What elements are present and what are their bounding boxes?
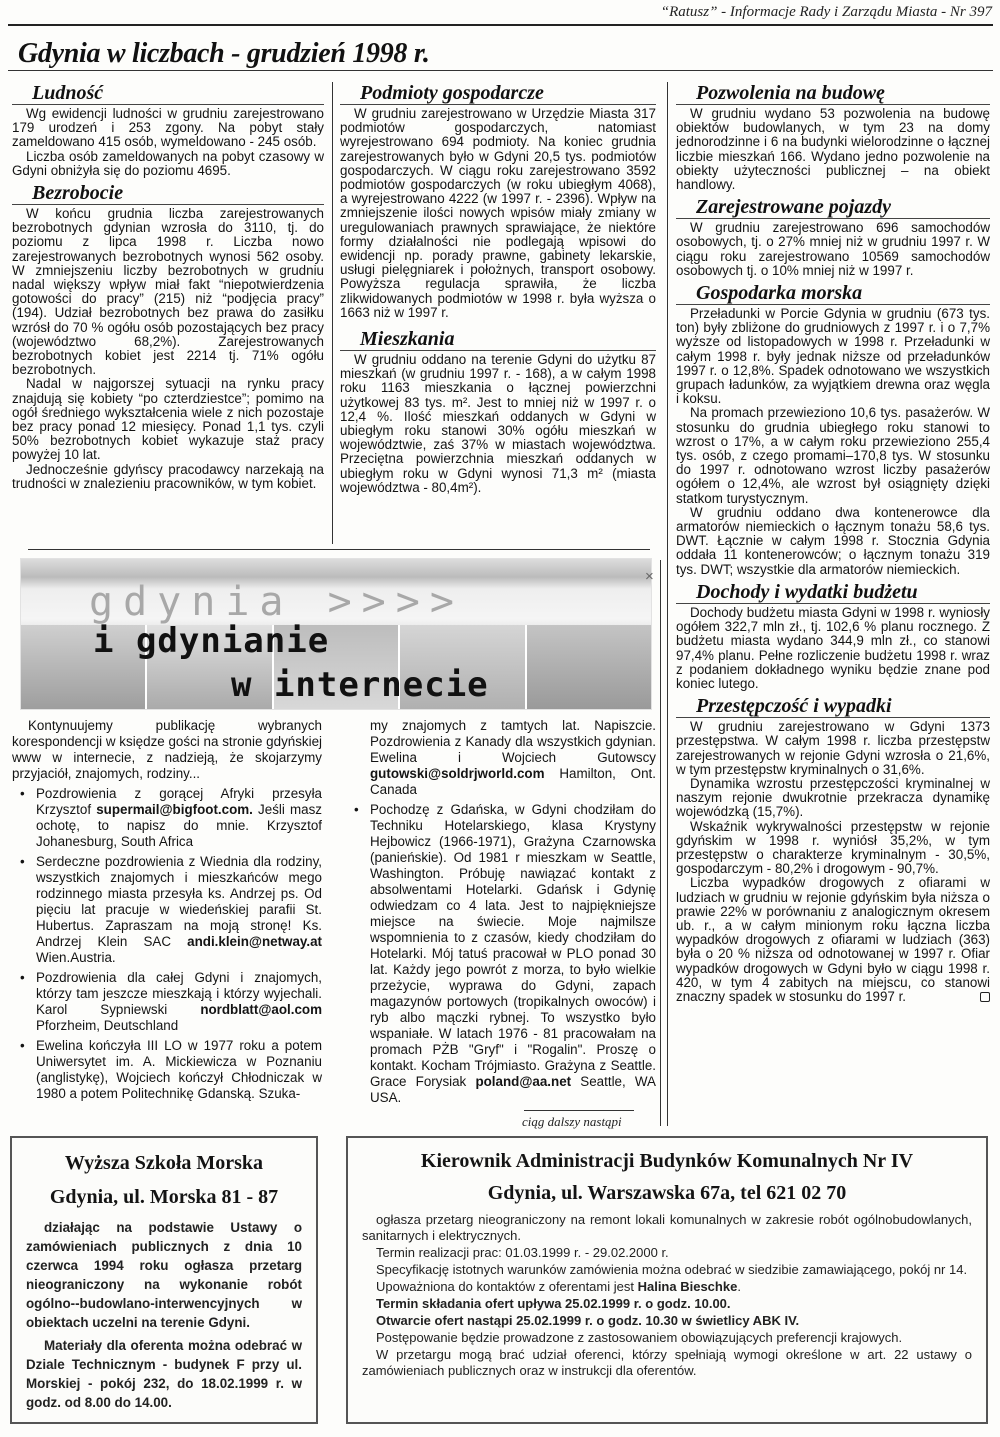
banner-text-internecie: w internecie — [231, 665, 489, 705]
paragraph: W grudniu zarejestrowano 696 samochodów … — [676, 221, 990, 278]
paragraph: Otwarcie ofert nastąpi 25.02.1999 r. o g… — [362, 1313, 972, 1329]
paragraph: W końcu grudnia liczba zarejestrowanych … — [12, 207, 324, 377]
list-item: Pochodzę z Gdańska, w Gdyni chodziłam do… — [346, 802, 656, 1106]
divider-vertical — [667, 82, 668, 1126]
paragraph: Na promach przewieziono 10,6 tys. pasaże… — [676, 406, 990, 505]
correspondence-left: Kontynuujemy publikację wybranych koresp… — [12, 718, 322, 1106]
heading-pozwolenia: Pozwolenia na budowę — [676, 82, 990, 105]
paragraph: Wskaźnik wykrywalności przestępstw w rej… — [676, 820, 990, 877]
paragraph: Jednocześnie gdyńscy pracodawcy narzekaj… — [12, 463, 324, 491]
title-rule — [8, 70, 993, 71]
end-of-article-icon — [980, 992, 990, 1002]
heading-ludnosc: Ludność — [12, 82, 324, 105]
paragraph: W grudniu oddano na terenie Gdyni do uży… — [340, 353, 656, 495]
paragraph: Wg ewidencji ludności w grudniu zarejest… — [12, 107, 324, 150]
divider-vertical — [660, 560, 661, 1126]
list-item-continued: my znajomych z tamtych lat. Napiszcie. P… — [346, 718, 656, 798]
paragraph: Termin składania ofert upływa 25.02.1999… — [362, 1296, 972, 1312]
ad-address: Gdynia, ul. Warszawska 67a, tel 621 02 7… — [362, 1180, 972, 1206]
paragraph: W grudniu wydano 53 pozwolenia na budowę… — [676, 107, 990, 192]
column-left: Ludność Wg ewidencji ludności w grudniu … — [12, 82, 324, 491]
heading-pojazdy: Zarejestrowane pojazdy — [676, 196, 990, 219]
paragraph: Liczba wypadków drogowych z ofiarami w l… — [676, 876, 990, 1004]
paragraph: ogłasza przetarg nieograniczony na remon… — [362, 1212, 972, 1244]
paragraph: W grudniu oddano dwa kontenerowce dla ar… — [676, 506, 990, 577]
heading-podmioty: Podmioty gospodarcze — [340, 82, 656, 105]
ad-title: Kierownik Administracji Budynków Komunal… — [362, 1148, 972, 1174]
close-icon[interactable]: × — [645, 568, 654, 585]
email-link[interactable]: nordblatt@aol.com — [200, 1002, 322, 1017]
internet-banner-image: gdynia >>>> i gdynianie w internecie — [20, 558, 652, 710]
email-link[interactable]: andi.klein@netway.at — [187, 934, 322, 949]
heading-przestepczosc: Przestępczość i wypadki — [676, 695, 990, 718]
page-title: Gdynia w liczbach - grudzień 1998 r. — [18, 38, 430, 70]
column-right: Pozwolenia na budowę W grudniu wydano 53… — [676, 82, 990, 1004]
list-item: Ewelina kończyła III LO w 1977 roku a po… — [12, 1038, 322, 1102]
correspondence-list: Pozdrowienia z gorącej Afryki przesyła K… — [12, 786, 322, 1102]
continued-note: ciąg dalszy nastąpi — [522, 1114, 622, 1130]
ad-body: ogłasza przetarg nieograniczony na remon… — [362, 1212, 972, 1379]
list-item: Pozdrowienia z gorącej Afryki przesyła K… — [12, 786, 322, 850]
email-link[interactable]: supermail@bigfoot.com. — [96, 802, 253, 817]
email-link[interactable]: poland@aa.net — [475, 1074, 571, 1089]
list-item: Pozdrowienia dla całej Gdyni i znajomych… — [12, 970, 322, 1034]
ad-title: Wyższa Szkoła Morska — [26, 1150, 302, 1176]
paragraph: Postępowanie będzie prowadzone z zastoso… — [362, 1330, 972, 1346]
paragraph: Dochody budżetu miasta Gdyni w 1998 r. w… — [676, 606, 990, 691]
paragraph: W grudniu zarejestrowano w Gdyni 1373 pr… — [676, 720, 990, 777]
paragraph: Przeładunki w Porcie Gdynia w grudniu (6… — [676, 307, 990, 406]
ad-address: Gdynia, ul. Morska 81 - 87 — [26, 1184, 302, 1210]
column-middle: Podmioty gospodarcze W grudniu zarejestr… — [340, 82, 656, 495]
paragraph: W grudniu zarejestrowano w Urzędzie Mias… — [340, 107, 656, 320]
list-item: Serdeczne pozdrowienia z Wiednia dla rod… — [12, 854, 322, 966]
divider-horizontal — [524, 1110, 634, 1111]
heading-bezrobocie: Bezrobocie — [12, 182, 324, 205]
running-head: “Ratusz” - Informacje Rady i Zarządu Mia… — [661, 4, 992, 21]
paragraph: Nadal w najgorszej sytuacji na rynku pra… — [12, 377, 324, 462]
contact-person: Halina Bieschke — [638, 1279, 738, 1294]
banner-text-gdynia: gdynia >>>> — [89, 579, 464, 625]
email-link[interactable]: gutowski@soldrjworld.com — [370, 766, 545, 781]
paragraph: Upoważniona do kontaktów z oferentami je… — [362, 1279, 972, 1295]
paragraph: Liczba osób zameldowanych na pobyt czaso… — [12, 150, 324, 178]
paragraph: Specyfikację istotnych warunków zamówien… — [362, 1262, 972, 1278]
paragraph: W przetargu mogą brać udział oferenci, k… — [362, 1347, 972, 1379]
correspondence-list: my znajomych z tamtych lat. Napiszcie. P… — [346, 718, 656, 1106]
correspondence-right: my znajomych z tamtych lat. Napiszcie. P… — [346, 718, 656, 1110]
divider-vertical — [332, 82, 333, 544]
heading-gospodarka-morska: Gospodarka morska — [676, 282, 990, 305]
paragraph: Dynamika wzrostu przestępczości kryminal… — [676, 777, 990, 820]
ad-wyzsza-szkola-morska: Wyższa Szkoła Morska Gdynia, ul. Morska … — [10, 1136, 318, 1424]
banner-text-gdynianie: i gdynianie — [93, 621, 329, 661]
heading-budzet: Dochody i wydatki budżetu — [676, 581, 990, 604]
paragraph: działając na podstawie Ustawy o zamówien… — [26, 1218, 302, 1332]
divider-horizontal — [28, 549, 650, 550]
ad-abk-iv: Kierownik Administracji Budynków Komunal… — [346, 1136, 988, 1424]
banner-photo — [527, 625, 651, 709]
top-rule — [8, 24, 993, 26]
paragraph: Materiały dla oferenta można odebrać w D… — [26, 1336, 302, 1412]
correspondence-intro: Kontynuujemy publikację wybranych koresp… — [12, 718, 322, 782]
paragraph: Termin realizacji prac: 01.03.1999 r. - … — [362, 1245, 972, 1261]
ad-body: działając na podstawie Ustawy o zamówien… — [26, 1218, 302, 1412]
heading-mieszkania: Mieszkania — [340, 328, 656, 351]
